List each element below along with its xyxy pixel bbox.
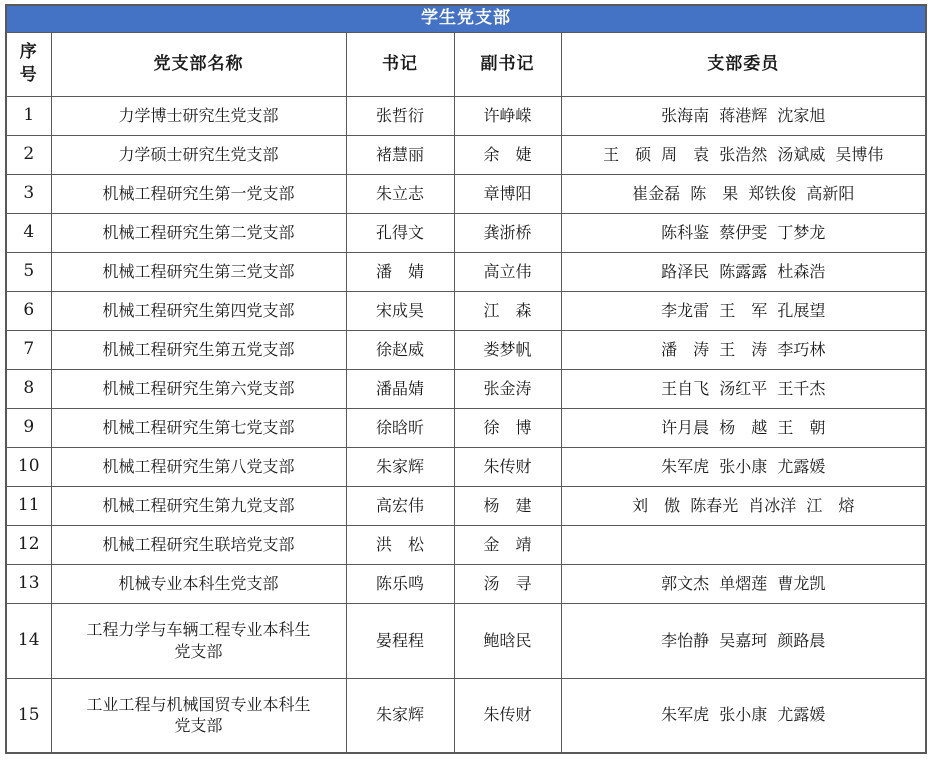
table-row: 10 机械工程研究生第八党支部 朱家辉 朱传财 朱军虎 张小康 尤露媛 [6, 447, 926, 486]
table-row: 15 工业工程与机械国贸专业本科生党支部 朱家辉 朱传财 朱军虎 张小康 尤露媛 [6, 678, 926, 753]
cell-secretary: 朱立志 [346, 174, 454, 213]
table-row: 6 机械工程研究生第四党支部 宋成昊 江 森 李龙雷 王 军 孔展望 [6, 291, 926, 330]
cell-serial-number: 14 [6, 603, 51, 678]
cell-deputy-secretary: 张金涛 [454, 369, 561, 408]
cell-committee-members: 潘 涛 王 涛 李巧林 [561, 330, 926, 369]
cell-deputy-secretary: 徐 博 [454, 408, 561, 447]
cell-branch-name: 力学博士研究生党支部 [51, 96, 346, 135]
cell-branch-name: 机械工程研究生联培党支部 [51, 525, 346, 564]
page: 学生党支部 序号 党支部名称 书记 副书记 支部委员 1 力学博士研究生党支部 … [0, 0, 930, 781]
cell-serial-number: 9 [6, 408, 51, 447]
cell-branch-name: 机械专业本科生党支部 [51, 564, 346, 603]
cell-secretary: 宋成昊 [346, 291, 454, 330]
cell-branch-name: 机械工程研究生第七党支部 [51, 408, 346, 447]
cell-deputy-secretary: 汤 寻 [454, 564, 561, 603]
page-title: 学生党支部 [6, 5, 926, 32]
cell-serial-number: 8 [6, 369, 51, 408]
cell-committee-members: 朱军虎 张小康 尤露媛 [561, 678, 926, 753]
table-row: 12 机械工程研究生联培党支部 洪 松 金 靖 [6, 525, 926, 564]
cell-secretary: 陈乐鸣 [346, 564, 454, 603]
cell-serial-number: 13 [6, 564, 51, 603]
cell-deputy-secretary: 江 森 [454, 291, 561, 330]
column-header-committee-members: 支部委员 [561, 32, 926, 96]
table-row: 1 力学博士研究生党支部 张哲衍 许峥嵘 张海南 蒋港辉 沈家旭 [6, 96, 926, 135]
cell-serial-number: 3 [6, 174, 51, 213]
cell-serial-number: 4 [6, 213, 51, 252]
cell-serial-number: 15 [6, 678, 51, 753]
cell-branch-name: 机械工程研究生第四党支部 [51, 291, 346, 330]
cell-committee-members: 路泽民 陈露露 杜森浩 [561, 252, 926, 291]
cell-secretary: 朱家辉 [346, 678, 454, 753]
cell-branch-name: 机械工程研究生第五党支部 [51, 330, 346, 369]
cell-serial-number: 12 [6, 525, 51, 564]
table-row: 13 机械专业本科生党支部 陈乐鸣 汤 寻 郭文杰 单熠莲 曹龙凯 [6, 564, 926, 603]
cell-deputy-secretary: 杨 建 [454, 486, 561, 525]
cell-committee-members: 张海南 蒋港辉 沈家旭 [561, 96, 926, 135]
cell-secretary: 张哲衍 [346, 96, 454, 135]
cell-branch-name: 机械工程研究生第一党支部 [51, 174, 346, 213]
cell-committee-members: 李龙雷 王 军 孔展望 [561, 291, 926, 330]
cell-deputy-secretary: 龚浙桥 [454, 213, 561, 252]
cell-secretary: 潘晶婧 [346, 369, 454, 408]
cell-deputy-secretary: 余 婕 [454, 135, 561, 174]
table-row: 9 机械工程研究生第七党支部 徐晗昕 徐 博 许月晨 杨 越 王 朝 [6, 408, 926, 447]
cell-serial-number: 10 [6, 447, 51, 486]
table-row: 4 机械工程研究生第二党支部 孔得文 龚浙桥 陈科鉴 蔡伊雯 丁梦龙 [6, 213, 926, 252]
cell-secretary: 洪 松 [346, 525, 454, 564]
cell-branch-name: 机械工程研究生第三党支部 [51, 252, 346, 291]
cell-serial-number: 7 [6, 330, 51, 369]
cell-branch-name: 机械工程研究生第九党支部 [51, 486, 346, 525]
column-header-branch-name: 党支部名称 [51, 32, 346, 96]
cell-committee-members: 崔金磊 陈 果 郑铁俊 高新阳 [561, 174, 926, 213]
cell-deputy-secretary: 金 靖 [454, 525, 561, 564]
table-row: 2 力学硕士研究生党支部 褚慧丽 余 婕 王 硕 周 袁 张浩然 汤斌威 吴博伟 [6, 135, 926, 174]
cell-serial-number: 2 [6, 135, 51, 174]
cell-deputy-secretary: 高立伟 [454, 252, 561, 291]
cell-serial-number: 11 [6, 486, 51, 525]
title-row: 学生党支部 [6, 5, 926, 32]
cell-deputy-secretary: 鲍晗民 [454, 603, 561, 678]
cell-committee-members: 李怡静 吴嘉珂 颜路晨 [561, 603, 926, 678]
column-header-deputy-secretary: 副书记 [454, 32, 561, 96]
cell-committee-members: 郭文杰 单熠莲 曹龙凯 [561, 564, 926, 603]
cell-deputy-secretary: 朱传财 [454, 678, 561, 753]
cell-branch-name: 机械工程研究生第二党支部 [51, 213, 346, 252]
cell-serial-number: 5 [6, 252, 51, 291]
table-row: 3 机械工程研究生第一党支部 朱立志 章博阳 崔金磊 陈 果 郑铁俊 高新阳 [6, 174, 926, 213]
cell-secretary: 潘 婧 [346, 252, 454, 291]
cell-branch-name: 力学硕士研究生党支部 [51, 135, 346, 174]
cell-secretary: 徐晗昕 [346, 408, 454, 447]
table-row: 11 机械工程研究生第九党支部 高宏伟 杨 建 刘 傲 陈春光 肖冰洋 江 熔 [6, 486, 926, 525]
cell-committee-members [561, 525, 926, 564]
cell-committee-members: 朱军虎 张小康 尤露媛 [561, 447, 926, 486]
cell-secretary: 朱家辉 [346, 447, 454, 486]
cell-branch-name: 机械工程研究生第八党支部 [51, 447, 346, 486]
table-row: 5 机械工程研究生第三党支部 潘 婧 高立伟 路泽民 陈露露 杜森浩 [6, 252, 926, 291]
cell-deputy-secretary: 朱传财 [454, 447, 561, 486]
cell-secretary: 褚慧丽 [346, 135, 454, 174]
column-header-secretary: 书记 [346, 32, 454, 96]
cell-secretary: 徐赵威 [346, 330, 454, 369]
cell-branch-name: 工业工程与机械国贸专业本科生党支部 [51, 678, 346, 753]
cell-secretary: 晏程程 [346, 603, 454, 678]
column-header-row: 序号 党支部名称 书记 副书记 支部委员 [6, 32, 926, 96]
cell-committee-members: 王自飞 汤红平 王千杰 [561, 369, 926, 408]
table-body: 1 力学博士研究生党支部 张哲衍 许峥嵘 张海南 蒋港辉 沈家旭 2 力学硕士研… [6, 96, 926, 753]
cell-branch-name: 机械工程研究生第六党支部 [51, 369, 346, 408]
column-header-serial-number: 序号 [6, 32, 51, 96]
cell-serial-number: 1 [6, 96, 51, 135]
cell-deputy-secretary: 章博阳 [454, 174, 561, 213]
cell-branch-name: 工程力学与车辆工程专业本科生党支部 [51, 603, 346, 678]
table-row: 7 机械工程研究生第五党支部 徐赵威 娄梦帆 潘 涛 王 涛 李巧林 [6, 330, 926, 369]
table-row: 14 工程力学与车辆工程专业本科生党支部 晏程程 鲍晗民 李怡静 吴嘉珂 颜路晨 [6, 603, 926, 678]
cell-committee-members: 刘 傲 陈春光 肖冰洋 江 熔 [561, 486, 926, 525]
cell-committee-members: 王 硕 周 袁 张浩然 汤斌威 吴博伟 [561, 135, 926, 174]
cell-deputy-secretary: 许峥嵘 [454, 96, 561, 135]
cell-deputy-secretary: 娄梦帆 [454, 330, 561, 369]
table-row: 8 机械工程研究生第六党支部 潘晶婧 张金涛 王自飞 汤红平 王千杰 [6, 369, 926, 408]
cell-secretary: 高宏伟 [346, 486, 454, 525]
student-party-branch-table: 学生党支部 序号 党支部名称 书记 副书记 支部委员 1 力学博士研究生党支部 … [5, 4, 927, 754]
cell-secretary: 孔得文 [346, 213, 454, 252]
cell-serial-number: 6 [6, 291, 51, 330]
cell-committee-members: 许月晨 杨 越 王 朝 [561, 408, 926, 447]
cell-committee-members: 陈科鉴 蔡伊雯 丁梦龙 [561, 213, 926, 252]
